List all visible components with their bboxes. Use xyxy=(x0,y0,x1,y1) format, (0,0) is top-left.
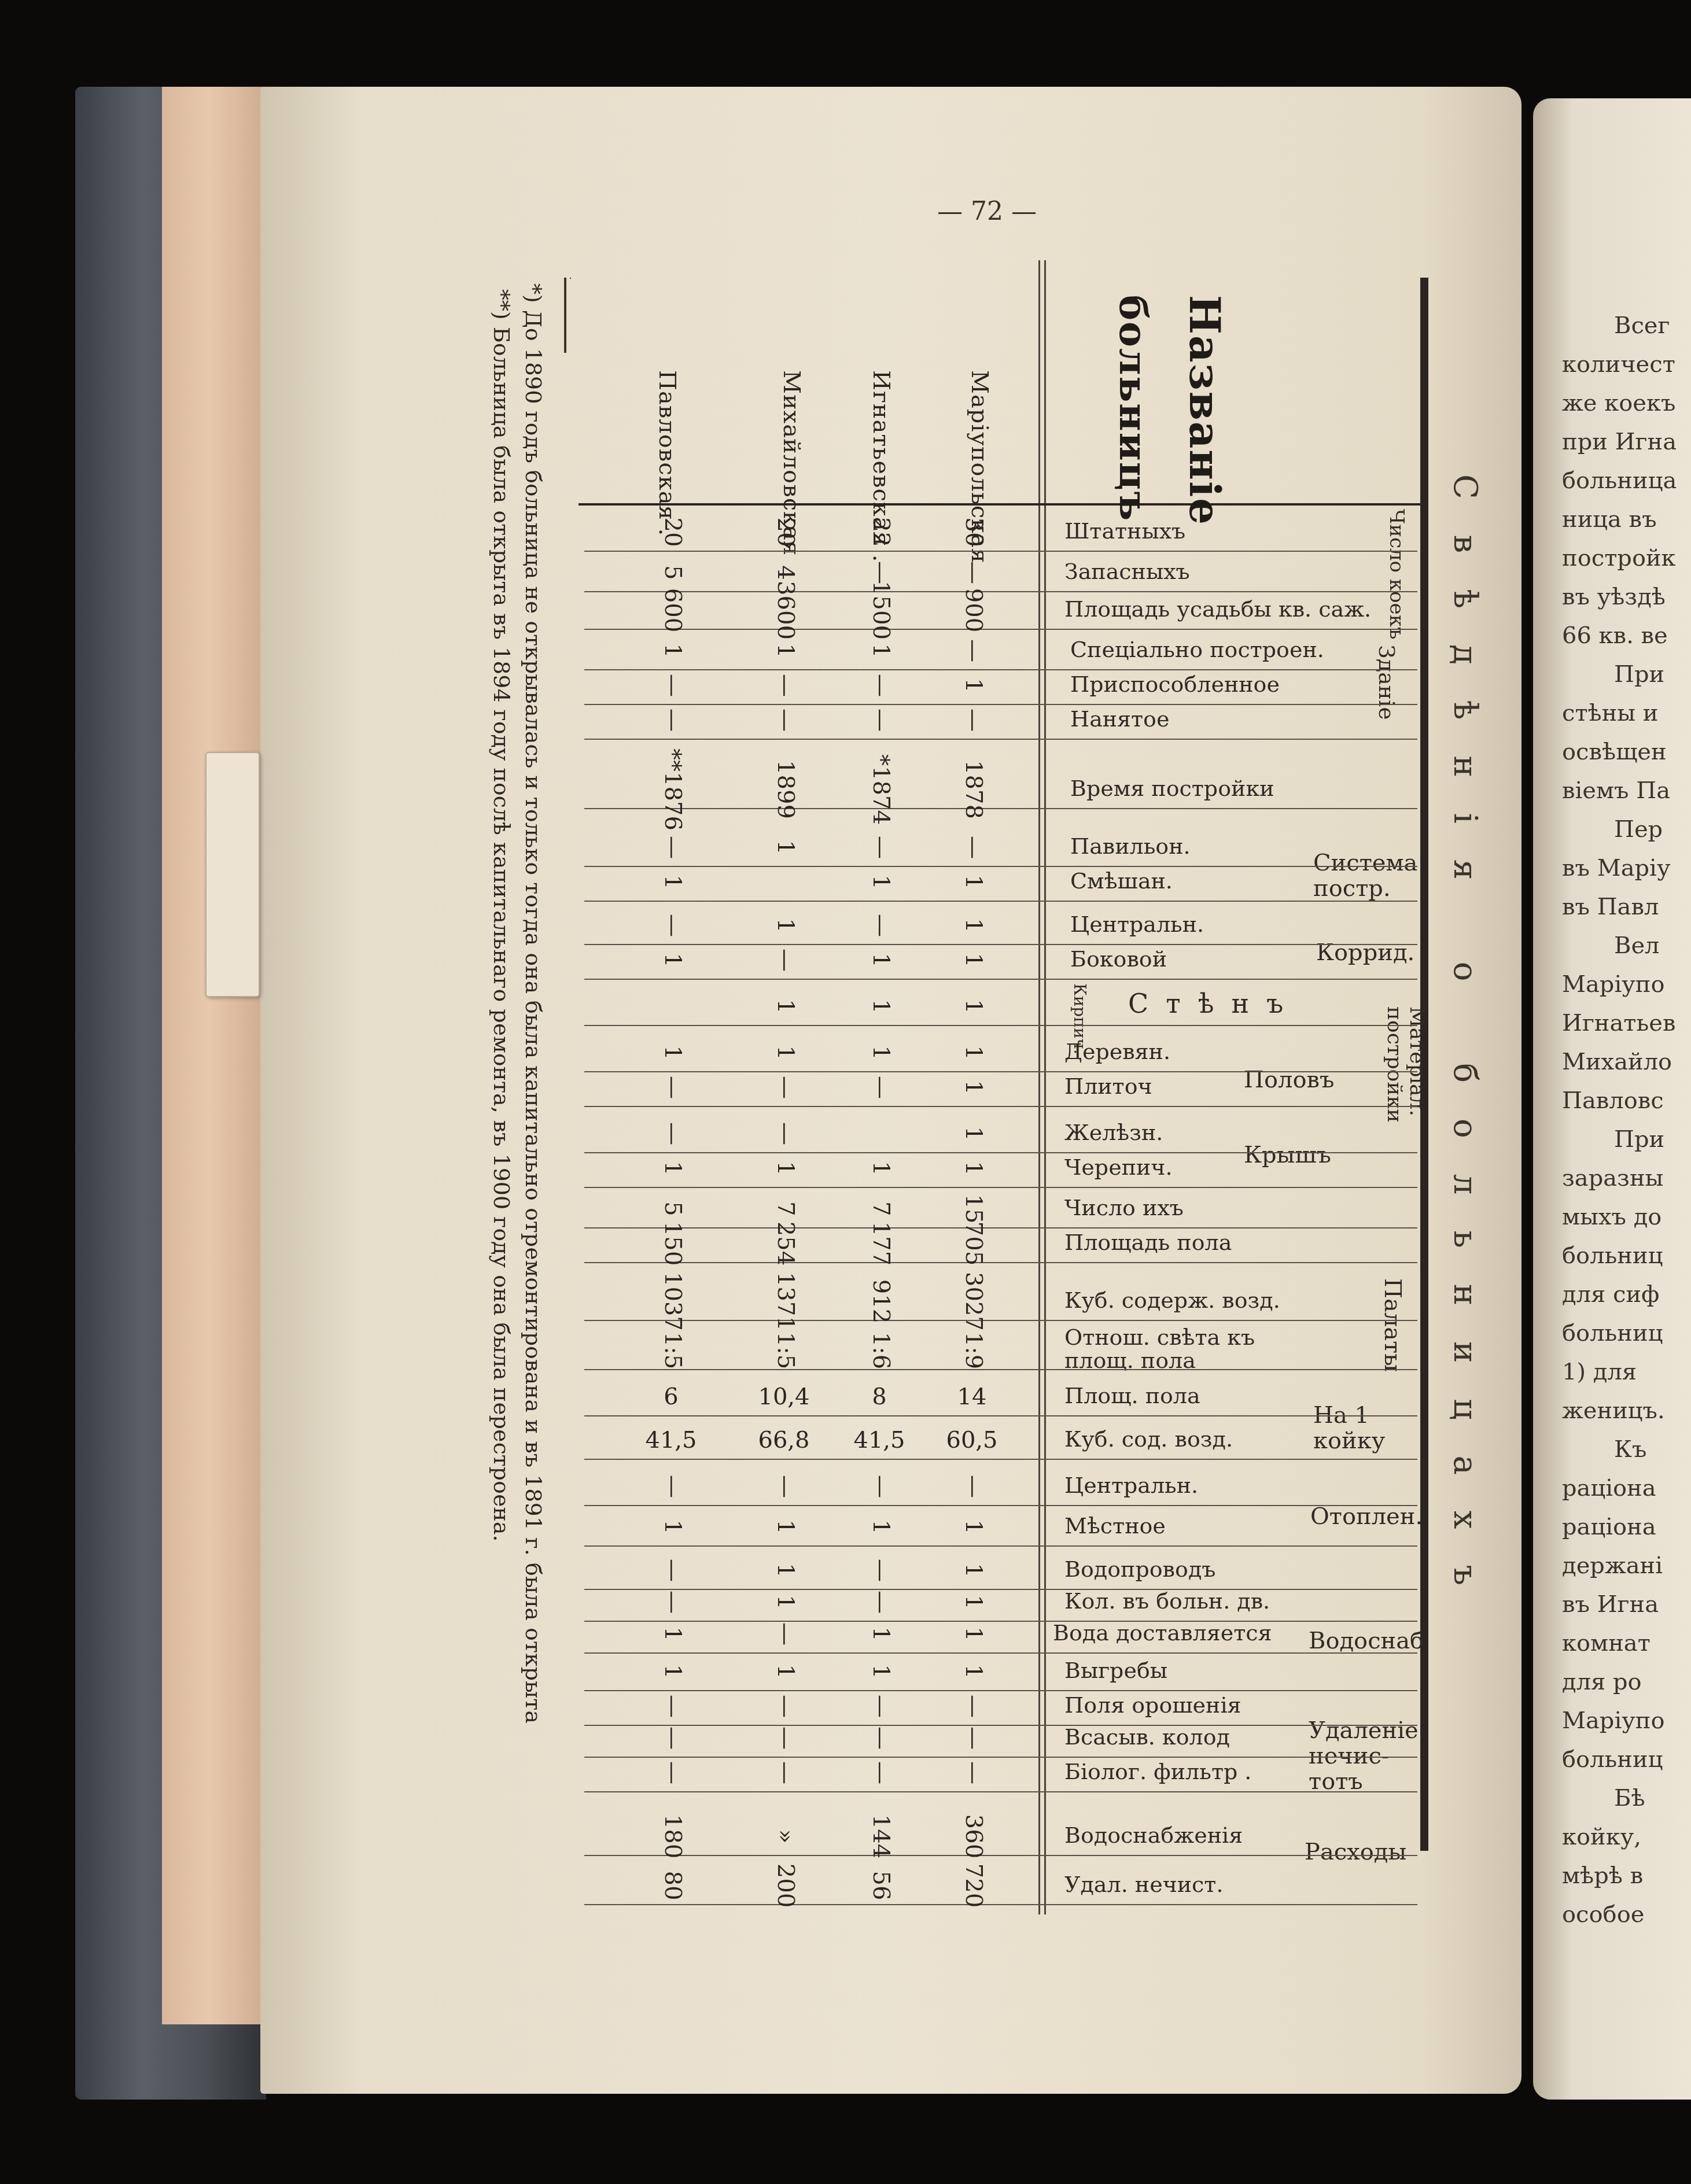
table-cell: 144 xyxy=(868,1814,894,1858)
table-cell: 1 xyxy=(660,643,686,658)
right-page-line: заразны xyxy=(1562,1165,1663,1191)
table-cell: 1 xyxy=(772,840,799,854)
right-page-line: Вел xyxy=(1614,932,1659,959)
table-cell: — xyxy=(772,1475,799,1498)
table-cell: — xyxy=(660,674,686,697)
table-cell: 1 xyxy=(660,875,686,889)
table-cell: 1 xyxy=(868,999,894,1013)
right-page-line: При xyxy=(1614,1126,1664,1153)
table-cell: 1 xyxy=(660,1626,686,1641)
table-cell: — xyxy=(868,1076,894,1099)
row-label: Деревян. xyxy=(1064,1039,1170,1064)
table-cell: 1:5 xyxy=(772,1332,799,1369)
table-cell: 41,5 xyxy=(645,1427,697,1453)
table-cell: 3600 xyxy=(772,581,799,640)
table-cell: 7 xyxy=(868,1201,894,1216)
table-cell: — xyxy=(660,1591,686,1614)
right-page-line: Михайло xyxy=(1562,1049,1672,1075)
table-cell: 1 xyxy=(772,1519,799,1534)
table-cell: 6 xyxy=(664,1384,678,1410)
side-title: Свѣдѣнія о больницахъ xyxy=(1446,474,1484,1621)
row-label: Спеціально построен. xyxy=(1070,637,1324,662)
right-page-line: для ро xyxy=(1562,1669,1642,1695)
table-cell: — xyxy=(772,1726,799,1750)
table-cell: 20 xyxy=(772,518,799,547)
table-cell: — xyxy=(660,1076,686,1099)
row-separator xyxy=(584,1725,1417,1726)
footnote-rule-anchor xyxy=(570,278,571,279)
right-page-line: Всег xyxy=(1614,312,1670,339)
table-cell: 1:9 xyxy=(960,1332,987,1369)
table-cell: — xyxy=(868,1695,894,1718)
table-cell: 1 xyxy=(772,999,799,1013)
row-separator xyxy=(584,1071,1417,1072)
table-cell: 1371 xyxy=(772,1272,799,1331)
row-separator xyxy=(584,808,1417,809)
row-label: Площ. пола xyxy=(1064,1383,1200,1408)
table-cell: 5 xyxy=(660,1201,686,1216)
table-cell: — xyxy=(868,674,894,697)
group-per-bed: На 1 койку xyxy=(1313,1403,1400,1453)
row-label: Куб. содерж. возд. xyxy=(1064,1287,1280,1313)
table-cell: 1 xyxy=(868,643,894,658)
right-page-line: При xyxy=(1614,661,1664,688)
table-cell: — xyxy=(660,1695,686,1718)
table-cell: — xyxy=(772,1695,799,1718)
table-cell: 1 xyxy=(772,643,799,658)
table-cell: 1 xyxy=(772,1161,799,1175)
table-cell: — xyxy=(772,949,799,972)
right-page-line: стѣны и xyxy=(1562,700,1659,726)
row-label: Боковой xyxy=(1070,946,1167,972)
row-label: Водопроводъ xyxy=(1064,1556,1215,1582)
row-separator xyxy=(584,1904,1417,1905)
name-header-2: больницъ xyxy=(1111,295,1156,522)
table-cell: 1 xyxy=(660,1519,686,1534)
row-label: Всасыв. колод xyxy=(1064,1724,1230,1750)
table-cell: 1 xyxy=(960,678,987,692)
table-cell: 4 xyxy=(772,565,799,580)
table-cell: 1500 xyxy=(868,581,894,640)
right-page-line: въ Павл xyxy=(1562,894,1659,920)
table-cell: — xyxy=(868,709,894,732)
row-separator xyxy=(584,1855,1417,1856)
table-cell: — xyxy=(660,836,686,859)
row-separator xyxy=(584,1262,1417,1263)
table-cell: 720 xyxy=(960,1864,987,1908)
table-cell: — xyxy=(868,836,894,859)
table-cell: 177 xyxy=(868,1222,894,1266)
row-label: Отнош. свѣта къ площ. пола xyxy=(1064,1326,1307,1373)
right-page-line: же коекъ xyxy=(1562,390,1675,416)
table-cell: — xyxy=(660,1559,686,1582)
right-page-line: мыхъ до xyxy=(1562,1204,1661,1230)
row-label: Площадь пола xyxy=(1064,1230,1232,1255)
right-page-line: 66 кв. ве xyxy=(1562,622,1668,649)
right-page-line: комнат xyxy=(1562,1630,1651,1657)
group-expenses: Расходы xyxy=(1305,1839,1406,1865)
right-page-line: раціона xyxy=(1562,1475,1656,1501)
table-cell: 22 xyxy=(868,518,894,547)
row-label: Мѣстное xyxy=(1064,1513,1166,1539)
row-separator xyxy=(584,1757,1417,1758)
right-page-line: количест xyxy=(1562,351,1675,378)
row-separator xyxy=(584,1106,1417,1107)
table-cell: 1 xyxy=(868,953,894,967)
row-label: Площадь усадьбы кв. саж. xyxy=(1064,596,1371,622)
row-label: Центральн. xyxy=(1070,912,1204,937)
table-cell: 3027 xyxy=(960,1272,987,1331)
table-cell: 1 xyxy=(960,1045,987,1060)
group-walls: Стѣнъ xyxy=(1128,989,1301,1019)
row-separator xyxy=(584,1505,1417,1506)
paper-flap xyxy=(205,752,260,997)
table-cell: 1 xyxy=(868,1626,894,1641)
row-separator xyxy=(584,1545,1417,1547)
table-cell: 1 xyxy=(772,1595,799,1609)
row-separator xyxy=(584,704,1417,705)
table-cell: 1 xyxy=(660,1664,686,1678)
table-cell: — xyxy=(960,639,987,662)
row-separator xyxy=(584,1459,1417,1460)
right-page-line: больниц xyxy=(1562,1242,1663,1269)
table-cell: — xyxy=(868,1726,894,1750)
table-cell: — xyxy=(960,836,987,859)
row-label: Запасныхъ xyxy=(1064,559,1190,584)
table-cell: 1 xyxy=(960,1126,987,1141)
table-cell: 7 xyxy=(772,1201,799,1216)
table-cell: 1 xyxy=(960,1080,987,1094)
table-cell: 1 xyxy=(960,875,987,889)
table-cell: 66,8 xyxy=(758,1427,809,1453)
table-cell: — xyxy=(960,1726,987,1750)
table-cell: 1 xyxy=(960,1595,987,1609)
row-separator xyxy=(584,979,1417,980)
row-separator xyxy=(584,866,1417,867)
table-cell: 1 xyxy=(868,1161,894,1175)
table-cell: — xyxy=(960,561,987,584)
row-label: Куб. сод. возд. xyxy=(1064,1426,1233,1452)
right-page-line: ница въ xyxy=(1562,506,1657,533)
table-cell: 1 xyxy=(660,1045,686,1060)
table-cell: 15 xyxy=(960,1194,987,1224)
right-page-line: больница xyxy=(1562,467,1677,494)
table-cell: 1 xyxy=(960,1563,987,1577)
table-cell: » xyxy=(772,1829,799,1843)
table-cell: — xyxy=(868,1591,894,1614)
right-page-line: Павловс xyxy=(1562,1087,1664,1114)
table-cell: — xyxy=(772,1761,799,1784)
group-system: Система постр. xyxy=(1313,850,1417,901)
row-label: Водоснабженія xyxy=(1064,1823,1243,1848)
row-label: Удал. нечист. xyxy=(1064,1872,1223,1897)
right-page-line: женицъ. xyxy=(1562,1397,1665,1424)
row-separator xyxy=(584,944,1417,945)
table-cell: — xyxy=(868,1475,894,1498)
right-page-line: для сиф xyxy=(1562,1281,1659,1308)
row-label: Павильон. xyxy=(1070,833,1191,859)
name-header-1: Названіе xyxy=(1180,295,1229,526)
table-cell: 1 xyxy=(772,1563,799,1577)
row-label: Смѣшан. xyxy=(1070,868,1173,894)
right-page-line: Къ xyxy=(1614,1436,1646,1463)
group-water: Водоснаб xyxy=(1309,1628,1424,1654)
right-page-line: въ Маріу xyxy=(1562,855,1670,881)
table-cell: — xyxy=(960,709,987,732)
table-cell: — xyxy=(772,1122,799,1145)
row-label: Черепич. xyxy=(1064,1154,1173,1180)
table-cell: 30 xyxy=(960,518,987,547)
table-cell: 5 xyxy=(660,565,686,580)
row-separator xyxy=(584,739,1417,740)
footnote-rule xyxy=(564,278,566,353)
table-cell: 1:5 xyxy=(660,1332,686,1369)
hospital-pavlovka: Павловская . xyxy=(654,370,680,536)
group-sewage: Удаленіе нечис-тотъ xyxy=(1309,1718,1413,1794)
group-material: Матеріал. постройки xyxy=(1383,1006,1428,1180)
table-cell: 1 xyxy=(960,999,987,1013)
table-cell: — xyxy=(772,709,799,732)
right-page-line: въ уѣздѣ xyxy=(1562,584,1666,610)
table-cell: — xyxy=(660,709,686,732)
table-cell: 1878 xyxy=(960,760,987,819)
table-cell: 1 xyxy=(960,1664,987,1678)
right-page-line: при Игна xyxy=(1562,429,1677,455)
table-cell: 180 xyxy=(660,1814,686,1858)
table-cell: 912 xyxy=(868,1279,894,1323)
right-page-line: Игнатьев xyxy=(1562,1010,1675,1036)
table-cell: 1 xyxy=(960,1161,987,1175)
table-cell: — xyxy=(660,914,686,937)
right-page-line: держані xyxy=(1562,1552,1663,1579)
right-page-line: особое xyxy=(1562,1901,1644,1928)
table-cell: — xyxy=(960,1695,987,1718)
right-page-line: мѣрѣ в xyxy=(1562,1862,1643,1889)
table-cell: 150 xyxy=(660,1222,686,1266)
footnote-2: **) Больница была открыта въ 1894 году п… xyxy=(489,289,514,1542)
table-cell: 360 xyxy=(960,1814,987,1858)
right-page-line: постройк xyxy=(1562,545,1676,571)
table-cell: 1:6 xyxy=(868,1332,894,1369)
group-building: Зданіе xyxy=(1374,645,1398,720)
table-cell: 1 xyxy=(772,1664,799,1678)
table-cell: 1 xyxy=(772,1045,799,1060)
row-separator xyxy=(584,591,1417,592)
row-separator xyxy=(584,1589,1417,1590)
table-cell: 1 xyxy=(660,953,686,967)
row-label: Плиточ xyxy=(1064,1073,1152,1099)
row-separator xyxy=(584,1025,1417,1026)
table-cell: 80 xyxy=(660,1871,686,1901)
row-label: Выгребы xyxy=(1064,1658,1167,1683)
table-cell: 1 xyxy=(660,1161,686,1175)
table-cell: 8 xyxy=(872,1384,886,1410)
row-label: Приспособленное xyxy=(1070,672,1280,697)
table-cell: 1 xyxy=(960,1626,987,1641)
row-separator xyxy=(584,1187,1417,1188)
table-cell: — xyxy=(868,1761,894,1784)
table-cell: 200 xyxy=(772,1864,799,1908)
group-wards: Палаты xyxy=(1380,1278,1405,1372)
table-cell: 1037 xyxy=(660,1272,686,1331)
divider-names xyxy=(1038,260,1040,1914)
row-separator xyxy=(584,1791,1417,1792)
table-cell: — xyxy=(772,1622,799,1646)
row-separator xyxy=(584,1621,1417,1622)
table-cell: 705 xyxy=(960,1222,987,1266)
group-beds: Число коекъ xyxy=(1386,509,1407,640)
table-cell: — xyxy=(660,1475,686,1498)
table-cell: — xyxy=(868,1559,894,1582)
right-page-line: раціона xyxy=(1562,1514,1656,1540)
table-cell: 41,5 xyxy=(853,1427,905,1453)
row-separator xyxy=(584,1652,1417,1654)
right-page-line: больниц xyxy=(1562,1320,1663,1346)
table-cell: 10,4 xyxy=(758,1384,809,1410)
table-cell: 1 xyxy=(868,1519,894,1534)
table-cell: 20 xyxy=(660,518,686,547)
divider-names-2 xyxy=(1044,260,1046,1914)
table-cell: 1 xyxy=(868,1664,894,1678)
row-separator xyxy=(584,551,1417,552)
row-separator xyxy=(584,1369,1417,1370)
row-label: Кол. въ больн. дв. xyxy=(1064,1588,1270,1614)
table-cell: 600 xyxy=(660,588,686,632)
right-page-line: Пер xyxy=(1614,816,1663,843)
table-cell: 900 xyxy=(960,588,987,632)
table-cell: 60,5 xyxy=(946,1427,997,1453)
row-label: Біолог. фильтр . xyxy=(1064,1759,1251,1784)
table-cell: — xyxy=(868,914,894,937)
right-page-line: Бѣ xyxy=(1614,1785,1645,1812)
row-label: Желѣзн. xyxy=(1064,1120,1163,1145)
table-cell: 1 xyxy=(960,953,987,967)
row-separator xyxy=(584,629,1417,630)
row-separator xyxy=(584,1415,1417,1416)
table-cell: *1874 xyxy=(868,754,894,825)
row-separator xyxy=(584,1227,1417,1228)
group-heating: Отоплен. xyxy=(1310,1504,1423,1529)
table-cell: — xyxy=(660,1761,686,1784)
table-cell: 56 xyxy=(868,1871,894,1901)
row-separator xyxy=(584,1690,1417,1691)
table-cell: 1 xyxy=(960,1519,987,1534)
header-rule xyxy=(579,503,1423,506)
row-label: Вода доставляется xyxy=(1053,1620,1272,1646)
table-cell: — xyxy=(772,674,799,697)
table-cell: 1 xyxy=(960,918,987,932)
table-cell: — xyxy=(960,1761,987,1784)
table-cell: — xyxy=(660,1122,686,1145)
table-cell: 1 xyxy=(868,875,894,889)
table-cell: — xyxy=(772,1076,799,1099)
footnote-1: *) До 1890 годъ больница не открывалась … xyxy=(521,283,546,1724)
row-label: Поля орошенія xyxy=(1064,1692,1241,1718)
row-separator xyxy=(584,1152,1417,1153)
right-page-line: Маріупо xyxy=(1562,971,1664,998)
right-page-line: Маріупо xyxy=(1562,1707,1664,1734)
row-separator xyxy=(584,1320,1417,1321)
page-number: — 72 — xyxy=(937,197,1037,226)
table-cell: 1 xyxy=(868,1045,894,1060)
table-cell: 14 xyxy=(957,1384,987,1410)
row-label: Штатныхъ xyxy=(1064,518,1185,544)
group-roofs: Крышъ xyxy=(1244,1142,1331,1168)
row-separator xyxy=(584,669,1417,670)
table-cell: **1876 xyxy=(660,748,686,831)
right-page-line: больниц xyxy=(1562,1746,1663,1773)
row-label: Нанятое xyxy=(1070,706,1169,732)
table-cell: — xyxy=(960,1475,987,1498)
row-label: Время постройки xyxy=(1070,776,1274,801)
right-page-line: койку, xyxy=(1562,1824,1641,1850)
table-cell: — xyxy=(660,1726,686,1750)
table-cell: 1 xyxy=(772,918,799,932)
right-page-line: 1) для xyxy=(1562,1359,1637,1385)
row-label: Число ихъ xyxy=(1064,1195,1184,1220)
row-label: Центральн. xyxy=(1064,1473,1198,1498)
right-page-line: въ Игна xyxy=(1562,1591,1659,1618)
right-page-line: віемъ Па xyxy=(1562,777,1670,804)
table-cell: 254 xyxy=(772,1222,799,1266)
right-page-line: освѣщен xyxy=(1562,739,1667,765)
table-cell: 1899 xyxy=(772,760,799,819)
row-separator xyxy=(584,901,1417,902)
